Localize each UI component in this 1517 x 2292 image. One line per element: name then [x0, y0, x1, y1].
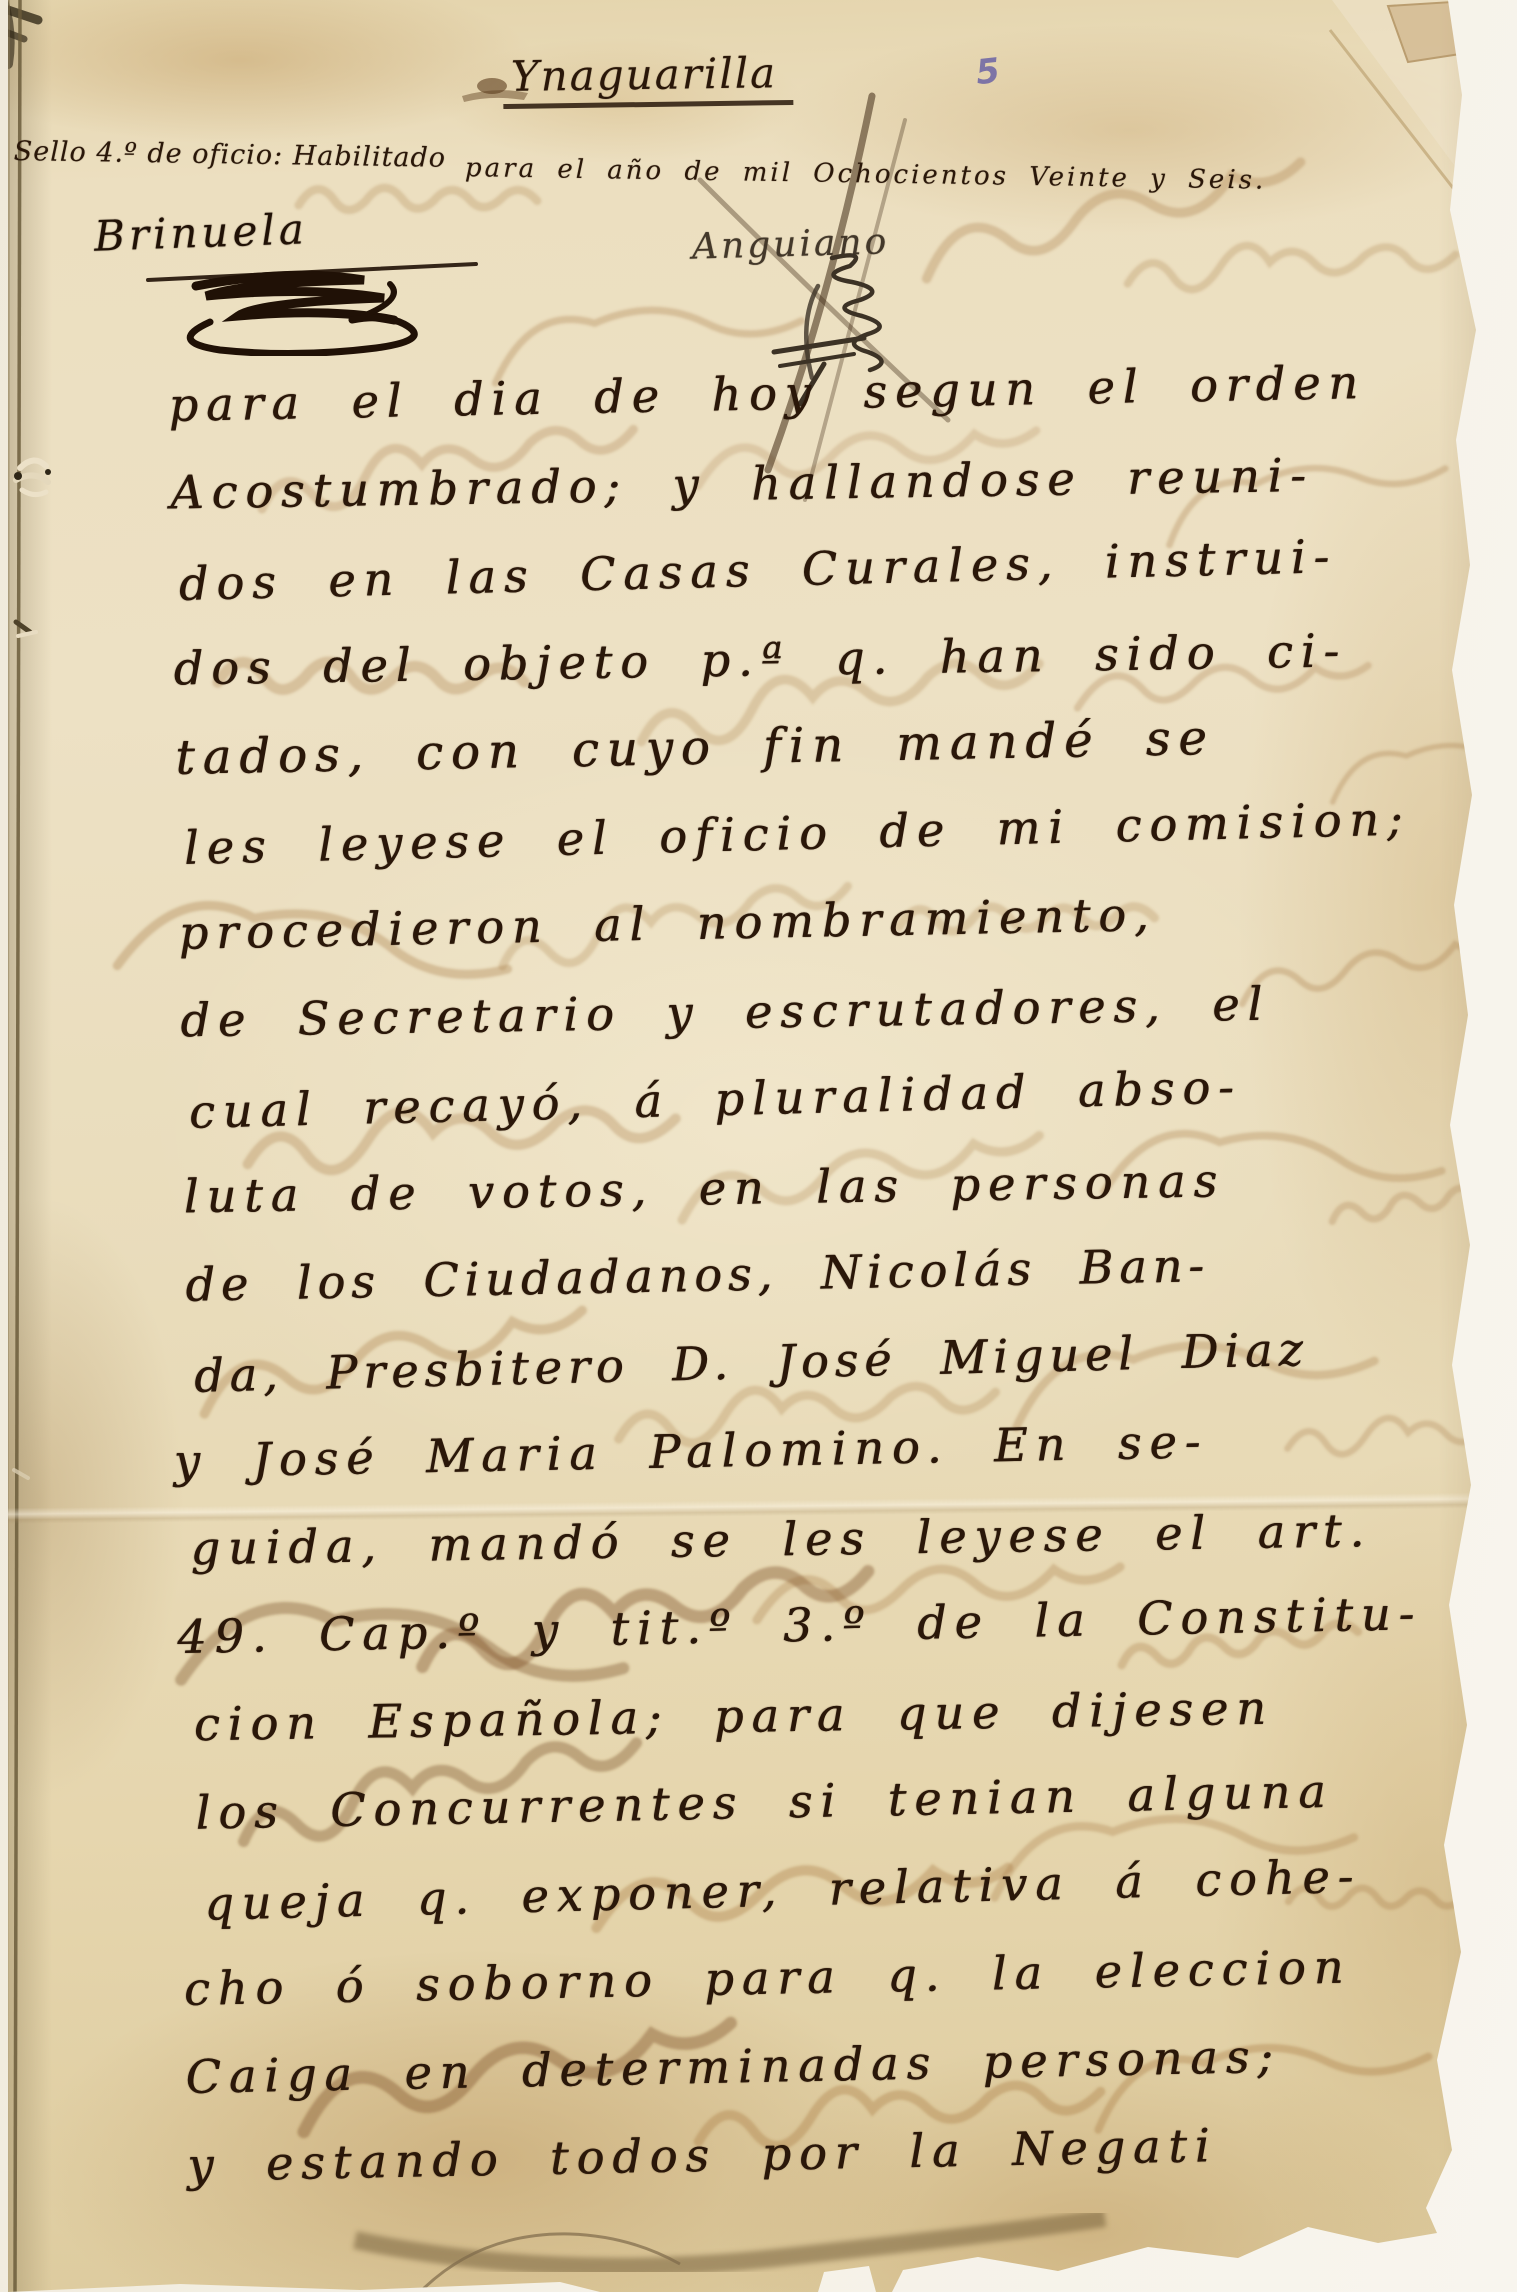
sello-line: Sello 4.º de oficio: Habilitado para el …: [14, 136, 1214, 186]
folio-number: 5: [974, 51, 1002, 93]
signature-brinuela: Brinuela: [93, 204, 308, 260]
scanned-manuscript: { "page": { "title": "Ynaguarilla", "fol…: [0, 0, 1517, 2292]
manuscript-body: para el dia de hoy segun el orden Acostu…: [168, 353, 1493, 2225]
signature-anguiano: Anguiano: [691, 221, 889, 267]
manuscript-page: Ynaguarilla 5 Sello 4.º de oficio: Habil…: [0, 0, 1517, 2292]
sello-year-text: para el año de mil Ochocientos Veinte y …: [465, 153, 1267, 196]
page-title: Ynaguarilla: [503, 48, 794, 109]
sello-text: Sello 4.º de oficio: Habilitado: [14, 136, 447, 174]
brinuela-rubric: [140, 256, 500, 356]
ink-layer: Ynaguarilla 5 Sello 4.º de oficio: Habil…: [0, 0, 1517, 2292]
